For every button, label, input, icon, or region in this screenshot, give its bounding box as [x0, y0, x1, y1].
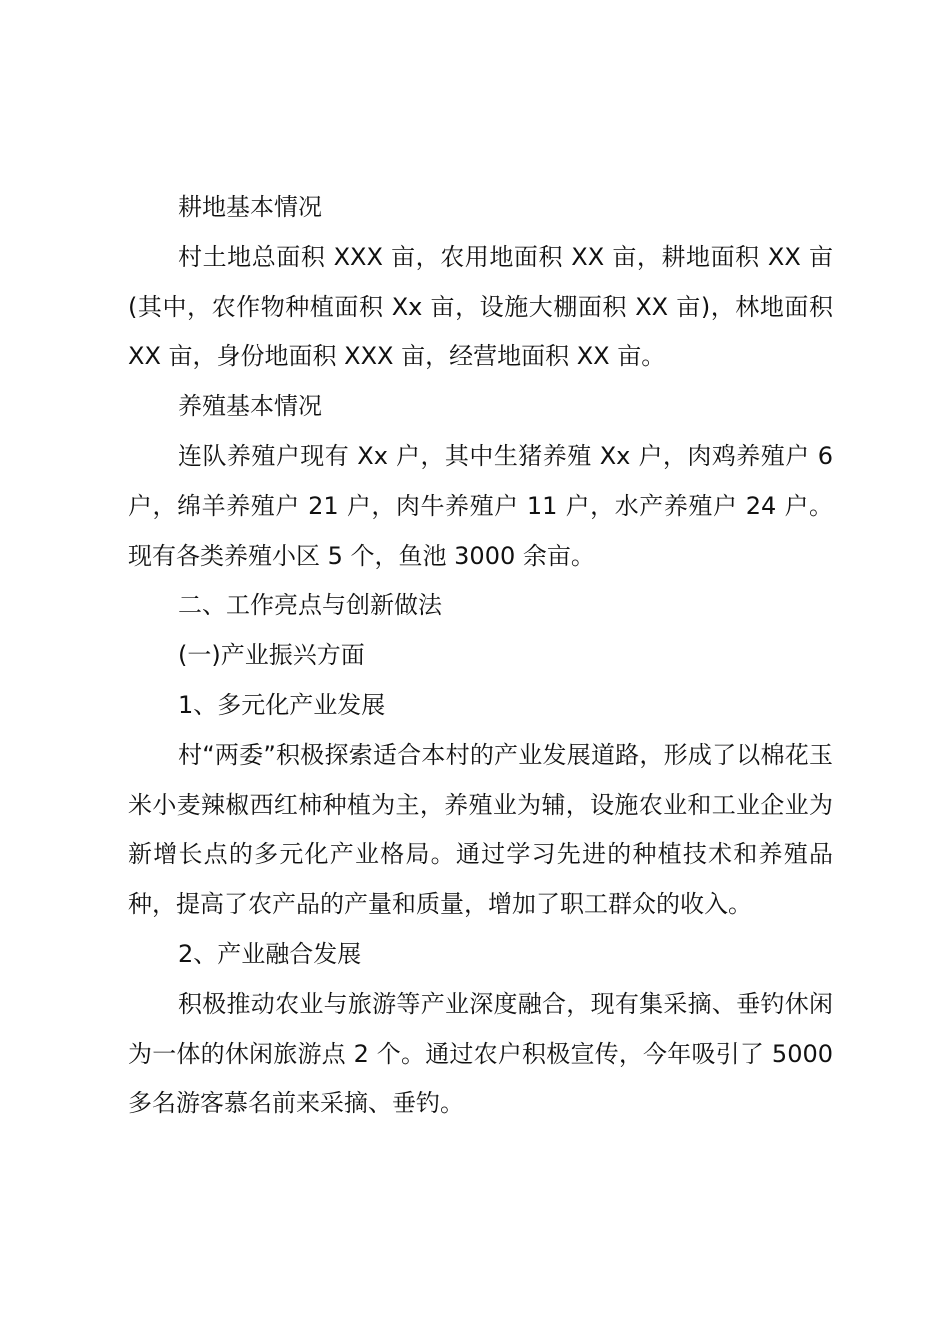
section-heading-breeding: 养殖基本情况	[128, 382, 833, 432]
item-heading-integration: 2、产业融合发展	[128, 930, 833, 980]
paragraph-integration: 积极推动农业与旅游等产业深度融合，现有集采摘、垂钓休闲为一体的休闲旅游点 2 个…	[128, 980, 833, 1129]
paragraph-farmland: 村土地总面积 XXX 亩，农用地面积 XX 亩，耕地面积 XX 亩(其中，农作物…	[128, 233, 833, 382]
section-heading-highlights: 二、工作亮点与创新做法	[128, 581, 833, 631]
item-heading-diversified: 1、多元化产业发展	[128, 681, 833, 731]
subsection-heading-industry: (一)产业振兴方面	[128, 631, 833, 681]
paragraph-diversified: 村“两委”积极探索适合本村的产业发展道路，形成了以棉花玉米小麦辣椒西红柿种植为主…	[128, 731, 833, 930]
section-heading-farmland: 耕地基本情况	[128, 183, 833, 233]
paragraph-breeding: 连队养殖户现有 Xx 户，其中生猪养殖 Xx 户，肉鸡养殖户 6 户，绵羊养殖户…	[128, 432, 833, 581]
document-page: 耕地基本情况 村土地总面积 XXX 亩，农用地面积 XX 亩，耕地面积 XX 亩…	[128, 183, 833, 1129]
